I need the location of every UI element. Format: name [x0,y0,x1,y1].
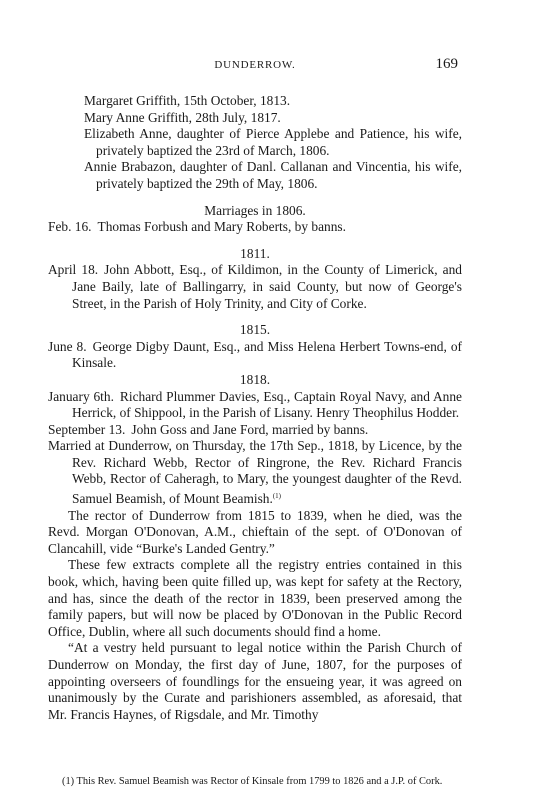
entry-date: September 13. [48,422,125,437]
book-page: DUNDERROW. 169 Margaret Griffith, 15th O… [0,0,547,801]
entry-date: June 8. [48,339,87,354]
entry-text: Richard Plummer Davies, Esq., Captain Ro… [72,389,462,421]
marriage-entry: June 8.George Digby Daunt, Esq., and Mis… [48,339,462,372]
page-number: 169 [436,56,459,73]
entry-date: Feb. 16. [48,219,92,234]
entry-text: John Goss and Jane Ford, married by bann… [131,422,368,437]
baptism-entry: Margaret Griffith, 15th October, 1813. [84,93,462,110]
body-paragraph: “At a vestry held pursuant to legal noti… [48,640,462,723]
page-header: DUNDERROW. 169 [48,56,462,76]
year-heading: 1815. [48,322,462,339]
marriage-entry: Feb. 16.Thomas Forbush and Mary Roberts,… [48,219,462,236]
marriage-entry: January 6th.Richard Plummer Davies, Esq.… [48,389,462,422]
marriage-entry: Married at Dunderrow, on Thursday, the 1… [48,438,462,507]
baptism-entry: Annie Brabazon, daughter of Danl. Callan… [84,159,462,192]
body-paragraph: The rector of Dunderrow from 1815 to 183… [48,508,462,558]
year-heading: 1818. [48,372,462,389]
footnote-marker: (1) [62,776,74,787]
baptism-entry: Mary Anne Griffith, 28th July, 1817. [84,110,462,127]
marriage-entry: April 18.John Abbott, Esq., of Kildimon,… [48,262,462,312]
running-head: DUNDERROW. [48,59,462,71]
entry-text: Married at Dunderrow, on Thursday, the 1… [48,438,462,506]
entry-text: John Abbott, Esq., of Kildimon, in the C… [72,262,462,310]
entry-date: April 18. [48,262,98,277]
footnote: (1) This Rev. Samuel Beamish was Rector … [48,775,462,789]
year-heading: 1811. [48,246,462,263]
entry-text: Thomas Forbush and Mary Roberts, by bann… [98,219,346,234]
baptism-entry: Elizabeth Anne, daughter of Pierce Apple… [84,126,462,159]
marriage-entry: September 13.John Goss and Jane Ford, ma… [48,422,462,439]
marriages-heading: Marriages in 1806. [48,203,462,220]
footnote-reference[interactable]: (1) [273,492,281,500]
body-paragraph: These few extracts complete all the regi… [48,557,462,640]
footnote-text: This Rev. Samuel Beamish was Rector of K… [77,776,443,787]
entry-text: George Digby Daunt, Esq., and Miss Helen… [72,339,462,371]
page-body: Margaret Griffith, 15th October, 1813. M… [48,93,462,723]
entry-date: January 6th. [48,389,114,404]
